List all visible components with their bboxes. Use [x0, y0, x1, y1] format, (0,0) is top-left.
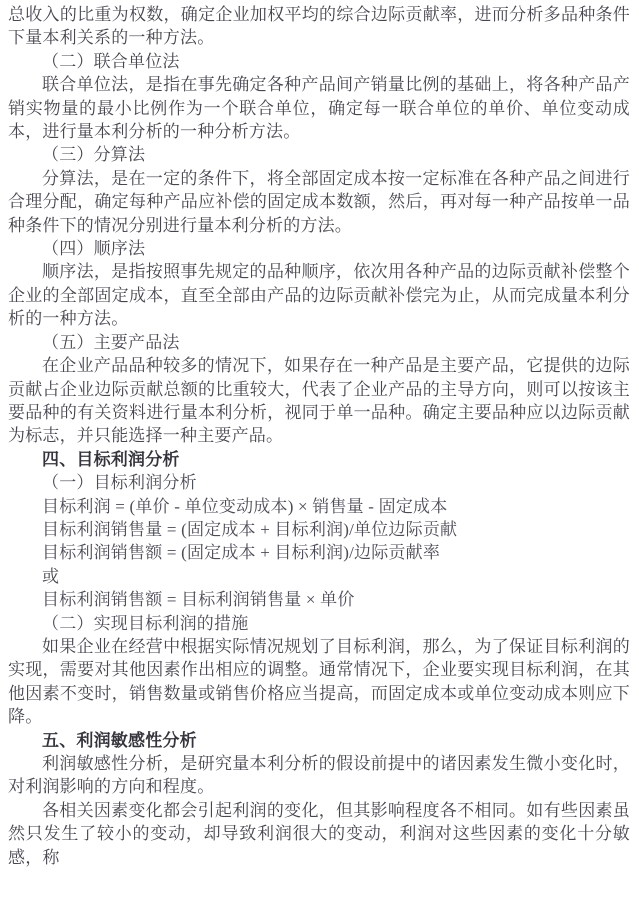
- formula-line: 目标利润 = (单价 - 单位变动成本) × 销售量 - 固定成本: [8, 495, 630, 518]
- paragraph: 利润敏感性分析，是研究量本利分析的假设前提中的诸因素发生微小变化时，对利润影响的…: [8, 752, 630, 799]
- paragraph: 各相关因素变化都会引起利润的变化，但其影响程度各不相同。如有些因素虽然只发生了较…: [8, 799, 630, 869]
- paragraph: 联合单位法，是指在事先确定各种产品间产销量比例的基础上，将各种产品产销实物量的最…: [8, 73, 630, 143]
- connector-word: 或: [8, 565, 630, 588]
- formula-line: 目标利润销售额 = 目标利润销售量 × 单价: [8, 588, 630, 611]
- paragraph: 分算法，是在一定的条件下，将全部固定成本按一定标准在各种产品之间进行合理分配，确…: [8, 167, 630, 237]
- paragraph: 在企业产品品种较多的情况下，如果存在一种产品是主要产品，它提供的边际贡献占企业边…: [8, 354, 630, 448]
- paragraph: 总收入的比重为权数，确定企业加权平均的综合边际贡献率，进而分析多品种条件下量本利…: [8, 3, 630, 50]
- formula-line: 目标利润销售量 = (固定成本 + 目标利润)/单位边际贡献: [8, 518, 630, 541]
- paragraph: 顺序法，是指按照事先规定的品种顺序，依次用各种产品的边际贡献补偿整个企业的全部固…: [8, 260, 630, 330]
- section-heading: 四、目标利润分析: [8, 448, 630, 471]
- section-subheading: （二）实现目标利润的措施: [8, 612, 630, 635]
- section-subheading: （三）分算法: [8, 143, 630, 166]
- section-subheading: （五）主要产品法: [8, 331, 630, 354]
- paragraph: 如果企业在经营中根据实际情况规划了目标利润，那么，为了保证目标利润的实现，需要对…: [8, 635, 630, 729]
- document-page: 总收入的比重为权数，确定企业加权平均的综合边际贡献率，进而分析多品种条件下量本利…: [0, 0, 639, 921]
- section-heading: 五、利润敏感性分析: [8, 729, 630, 752]
- section-subheading: （四）顺序法: [8, 237, 630, 260]
- formula-line: 目标利润销售额 = (固定成本 + 目标利润)/边际贡献率: [8, 541, 630, 564]
- section-subheading: （二）联合单位法: [8, 50, 630, 73]
- section-subheading: （一）目标利润分析: [8, 471, 630, 494]
